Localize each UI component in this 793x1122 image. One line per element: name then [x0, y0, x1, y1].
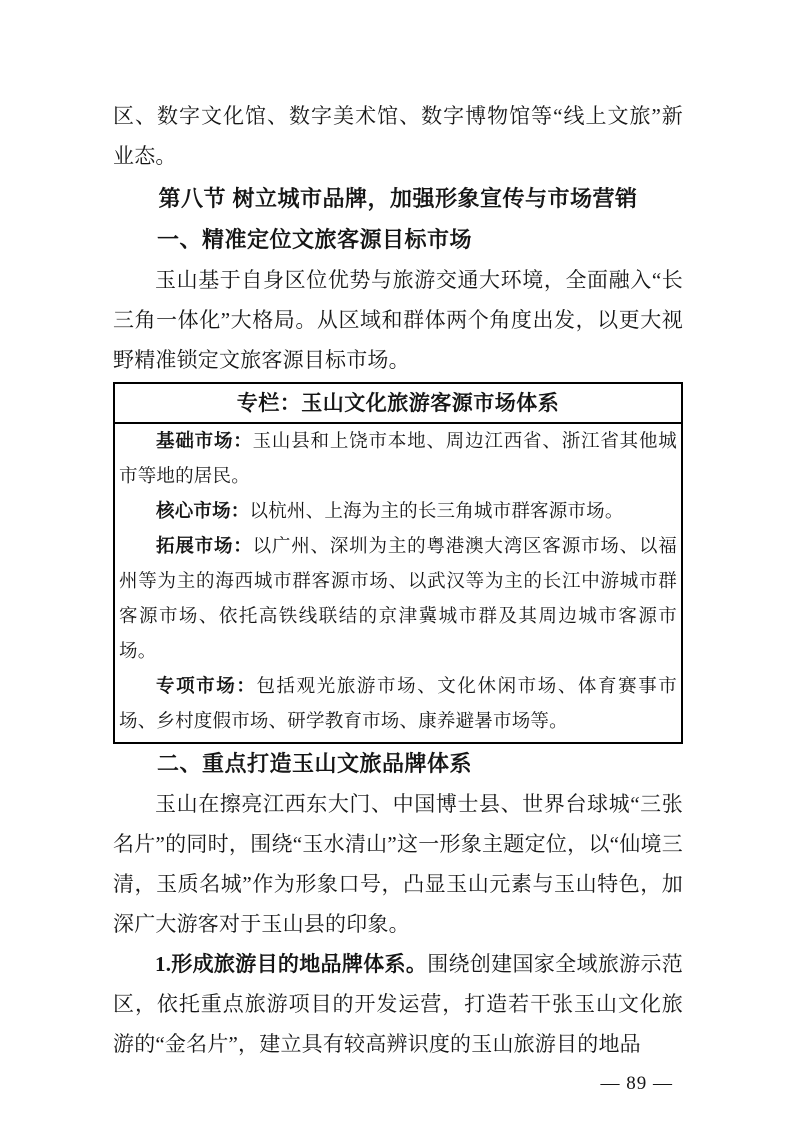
market-item-special-label: 专项市场：: [156, 677, 256, 697]
market-item-expansion-label: 拓展市场：: [156, 537, 253, 557]
numbered-item-paragraph: 1.形成旅游目的地品牌体系。围绕创建国家全域旅游示范区，依托重点旅游项目的开发运…: [113, 944, 683, 1064]
column-box-title: 专栏：玉山文化旅游客源市场体系: [115, 384, 681, 424]
continuation-paragraph: 区、数字文化馆、数字美术馆、数字博物馆等“线上文旅”新业态。: [113, 96, 683, 176]
document-page: 区、数字文化馆、数字美术馆、数字博物馆等“线上文旅”新业态。 第八节 树立城市品…: [0, 0, 793, 1122]
subsection2-paragraph: 玉山在擦亮江西东大门、中国博士县、世界台球城“三张名片”的同时，围绕“玉水清山”…: [113, 784, 683, 944]
subsection2-heading: 二、重点打造玉山文旅品牌体系: [113, 744, 683, 784]
market-item-core: 核心市场：以杭州、上海为主的长三角城市群客源市场。: [119, 495, 677, 530]
market-item-special: 专项市场：包括观光旅游市场、文化休闲市场、体育赛事市场、乡村度假市场、研学教育市…: [119, 670, 677, 740]
market-item-core-text: 以杭州、上海为主的长三角城市群客源市场。: [250, 502, 624, 522]
page-content: 区、数字文化馆、数字美术馆、数字博物馆等“线上文旅”新业态。 第八节 树立城市品…: [113, 96, 683, 1098]
section-heading: 第八节 树立城市品牌，加强形象宣传与市场营销: [113, 178, 683, 220]
market-item-basic: 基础市场：玉山县和上饶市本地、周边江西省、浙江省其他城市等地的居民。: [119, 425, 677, 495]
market-item-expansion: 拓展市场：以广州、深圳为主的粤港澳大湾区客源市场、以福州等为主的海西城市群客源市…: [119, 530, 677, 670]
numbered-item-label: 1.形成旅游目的地品牌体系。: [155, 952, 427, 976]
subsection1-paragraph: 玉山基于自身区位优势与旅游交通大环境，全面融入“长三角一体化”大格局。从区域和群…: [113, 260, 683, 380]
column-box-body: 基础市场：玉山县和上饶市本地、周边江西省、浙江省其他城市等地的居民。 核心市场：…: [115, 424, 681, 742]
subsection1-heading: 一、精准定位文旅客源目标市场: [113, 220, 683, 260]
column-box: 专栏：玉山文化旅游客源市场体系 基础市场：玉山县和上饶市本地、周边江西省、浙江省…: [113, 382, 683, 744]
page-number: — 89 —: [113, 1070, 683, 1098]
market-item-core-label: 核心市场：: [156, 502, 250, 522]
market-item-basic-label: 基础市场：: [156, 432, 253, 452]
